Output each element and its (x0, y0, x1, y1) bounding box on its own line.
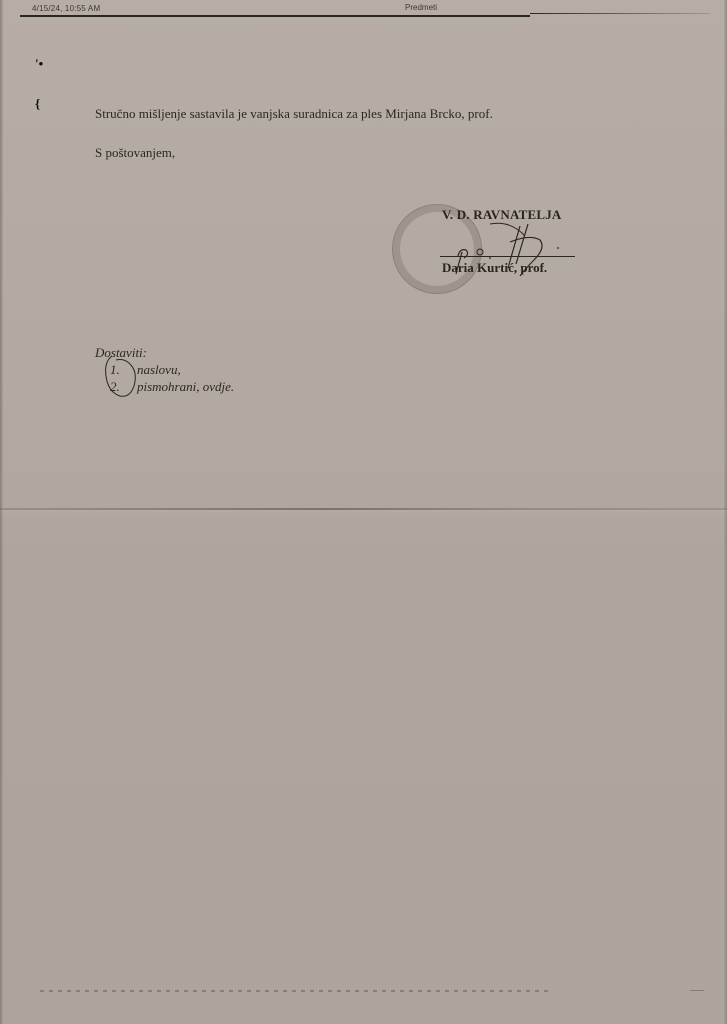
margin-mark: { (35, 96, 40, 112)
signatory-name: Daria Kurtić, prof. (442, 260, 547, 276)
signature-block: V. D. RAVNATELJA Daria Kurtić, prof. (380, 190, 620, 310)
scanned-page: 4/15/24, 10:55 AM Predmeti '• { Stručno … (0, 0, 727, 1024)
body-paragraph: Stručno mišljenje sastavila je vanjska s… (95, 106, 493, 122)
distribution-text: pismohrani, ovdje. (137, 379, 234, 396)
faint-footer-mark (690, 990, 704, 991)
distribution-number: 1. (110, 362, 137, 379)
distribution-item: 1. naslovu, (110, 362, 234, 379)
header-rule (20, 15, 530, 17)
distribution-number: 2. (110, 379, 137, 396)
distribution-item: 2. pismohrani, ovdje. (110, 379, 234, 396)
signature-line (440, 256, 575, 257)
header-rule-fade (530, 13, 710, 14)
faint-footer-print (40, 990, 550, 992)
print-title: Predmeti (405, 3, 437, 12)
margin-mark: '• (35, 56, 43, 72)
distribution-text: naslovu, (137, 362, 181, 379)
print-header: 4/15/24, 10:55 AM Predmeti (0, 0, 727, 22)
distribution-list: 1. naslovu, 2. pismohrani, ovdje. (110, 362, 234, 396)
print-datetime: 4/15/24, 10:55 AM (32, 4, 100, 13)
closing-salutation: S poštovanjem, (95, 145, 175, 161)
paper-fold-shade (0, 510, 727, 518)
